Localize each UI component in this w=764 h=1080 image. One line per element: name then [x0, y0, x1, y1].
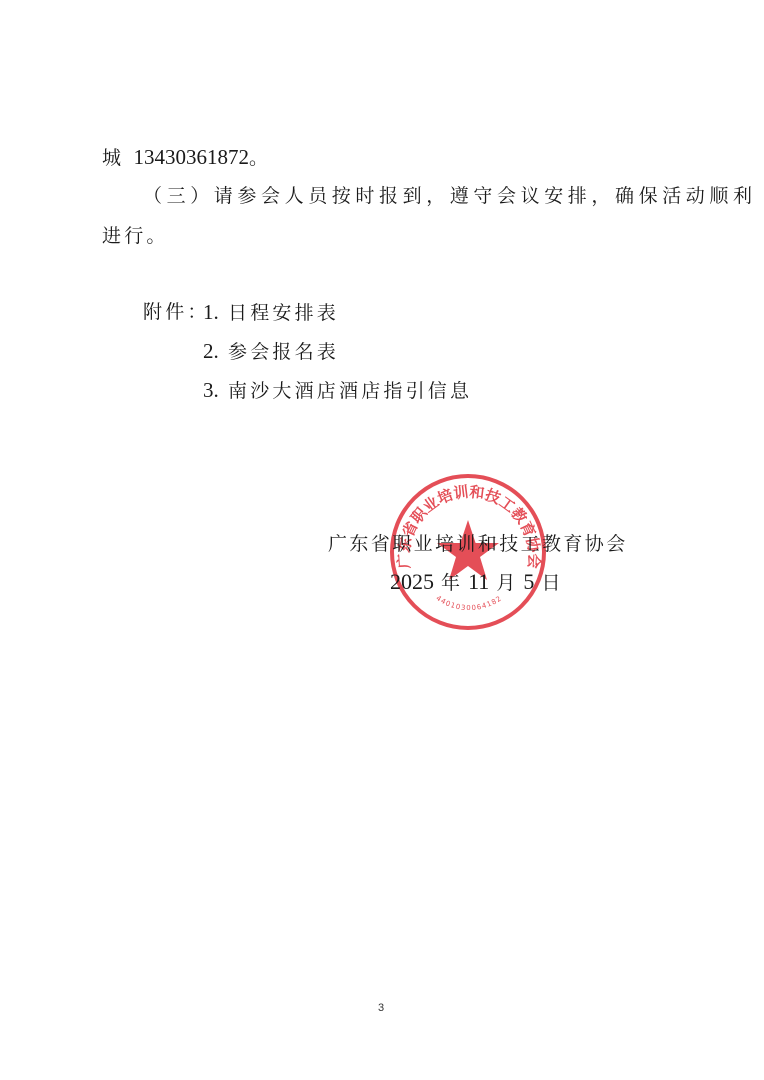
page-number: 3 — [378, 1002, 384, 1014]
date-year-unit: 年 — [441, 572, 461, 594]
phone-number: 13430361872 — [133, 145, 249, 169]
attachment-index: 1. — [203, 300, 219, 324]
attachment-item: 1. 日程安排表 — [203, 300, 339, 325]
body-line-continuation: 进行。 — [102, 224, 169, 248]
attachment-title: 日程安排表 — [228, 302, 339, 324]
attachment-index: 2. — [203, 339, 219, 363]
attachment-index: 3. — [203, 378, 219, 402]
signature-date: 2025 年 11 月 5 日 — [390, 570, 561, 595]
date-year: 2025 — [390, 569, 434, 594]
signature-organization: 广东省职业培训和技工教育协会 — [328, 532, 628, 556]
date-day-unit: 日 — [541, 572, 561, 594]
stamp-code: 4401030064182 — [435, 594, 504, 612]
document-page: 城 13430361872。 （三）请参会人员按时报到，遵守会议安排，确保活动顺… — [0, 0, 764, 1080]
body-line-suffix: 。 — [249, 147, 271, 169]
attachment-title: 参会报名表 — [228, 341, 339, 363]
body-line-item-three: （三）请参会人员按时报到，遵守会议安排，确保活动顺利 — [143, 184, 757, 208]
attachment-item: 2. 参会报名表 — [203, 339, 339, 364]
date-month: 11 — [468, 569, 489, 594]
svg-text:4401030064182: 4401030064182 — [435, 594, 504, 612]
date-month-unit: 月 — [496, 572, 516, 594]
date-day: 5 — [523, 569, 534, 594]
body-line-prefix: 城 — [102, 147, 133, 169]
body-line-contact: 城 13430361872。 — [102, 145, 271, 170]
attachment-title: 南沙大酒店酒店指引信息 — [228, 380, 472, 402]
attachments-label: 附件： — [143, 300, 210, 324]
attachment-item: 3. 南沙大酒店酒店指引信息 — [203, 378, 472, 403]
